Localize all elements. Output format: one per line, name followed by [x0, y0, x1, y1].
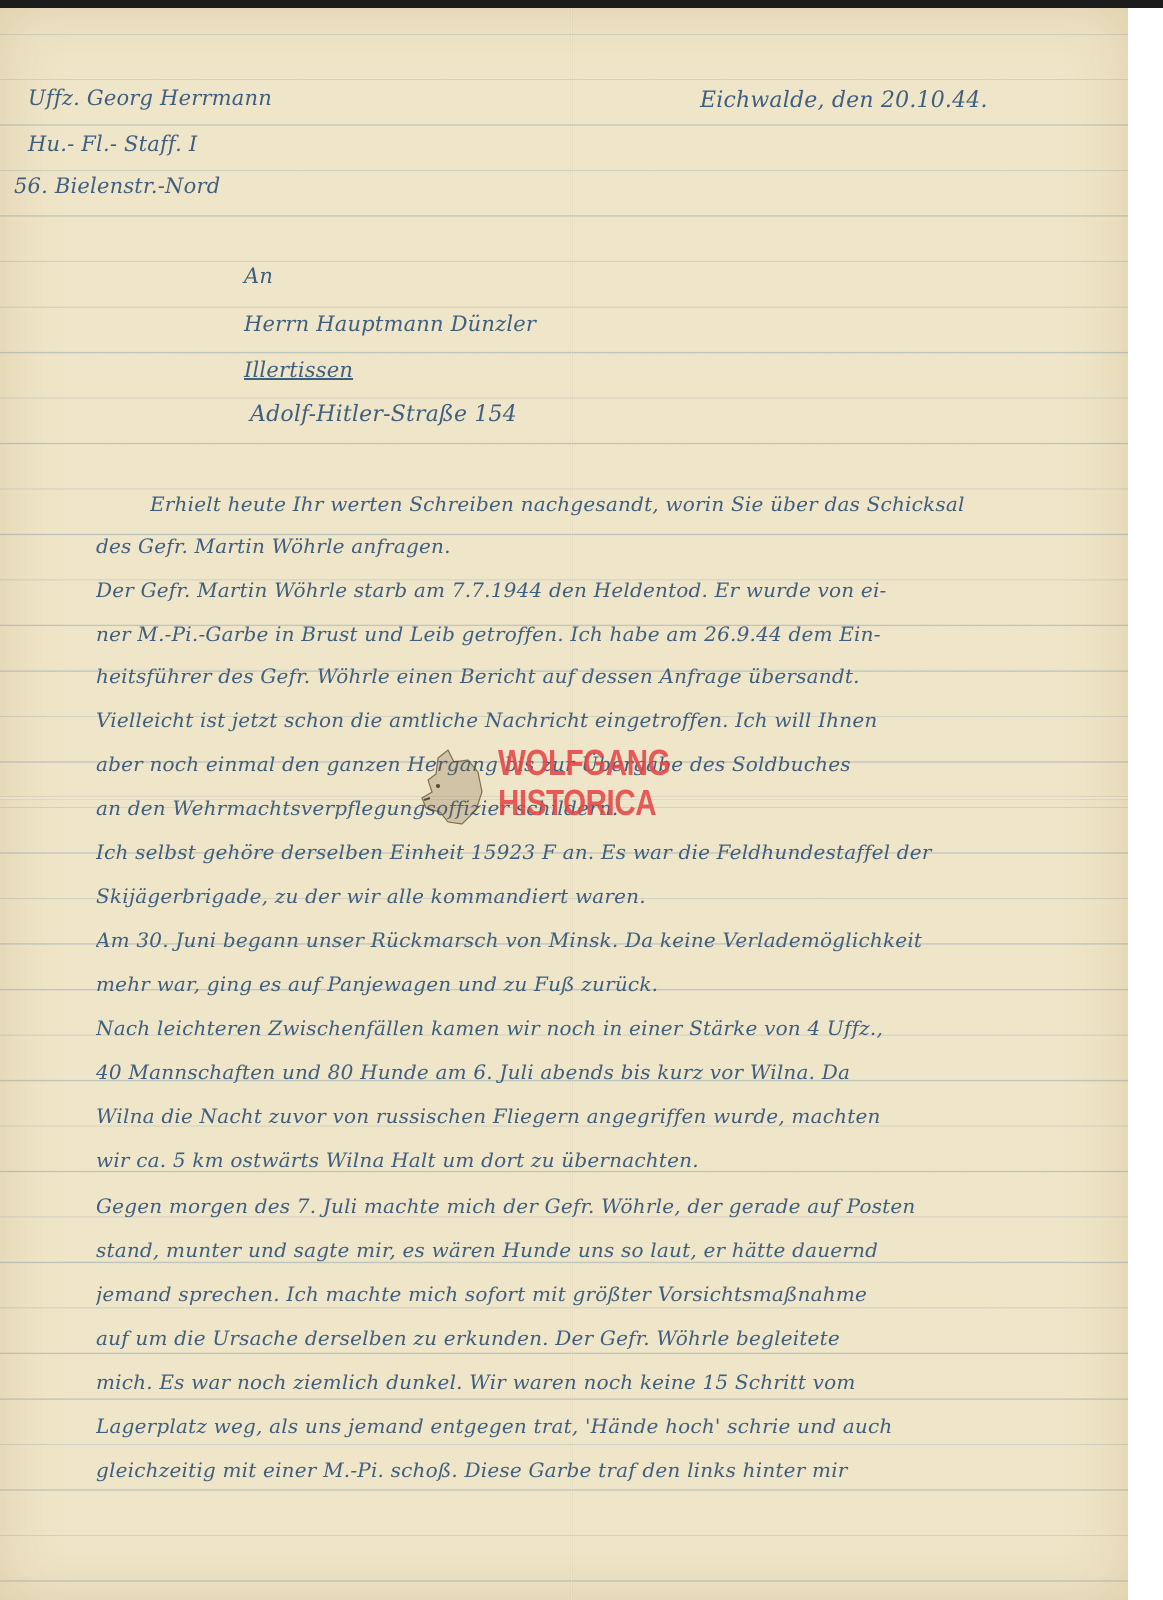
recipient-prefix: An — [244, 264, 273, 288]
sender-unit: Hu.- Fl.- Staff. I — [28, 132, 197, 156]
recipient-street: Adolf-Hitler-Straße 154 — [250, 402, 517, 427]
body-line: Gegen morgen des 7. Juli machte mich der… — [96, 1194, 1086, 1218]
sender-address: 56. Bielenstr.-Nord — [14, 174, 220, 198]
body-line: Erhielt heute Ihr werten Schreiben nachg… — [150, 492, 1090, 516]
body-line: stand, munter und sagte mir, es wären Hu… — [96, 1238, 1086, 1262]
recipient-name: Herrn Hauptmann Dünzler — [244, 312, 536, 336]
scan-top-border — [0, 0, 1163, 8]
body-line: Nach leichteren Zwischenfällen kamen wir… — [96, 1016, 1086, 1040]
recipient-city: Illertissen — [244, 358, 353, 382]
body-line: Der Gefr. Martin Wöhrle starb am 7.7.194… — [96, 578, 1086, 602]
body-line: jemand sprechen. Ich machte mich sofort … — [96, 1282, 1086, 1306]
body-line: gleichzeitig mit einer M.-Pi. schoß. Die… — [96, 1458, 1086, 1482]
wolf-head-icon — [418, 748, 488, 828]
body-line: Am 30. Juni begann unser Rückmarsch von … — [96, 928, 1086, 952]
place-and-date: Eichwalde, den 20.10.44. — [700, 88, 988, 113]
watermark-line-2: HISTORICA — [498, 783, 670, 823]
watermark-line-1: WOLFGANG — [498, 743, 670, 783]
body-line: auf um die Ursache derselben zu erkunden… — [96, 1326, 1086, 1350]
sender-name: Uffz. Georg Herrmann — [28, 86, 272, 110]
body-line: 40 Mannschaften und 80 Hunde am 6. Juli … — [96, 1060, 1086, 1084]
body-line: des Gefr. Martin Wöhrle anfragen. — [96, 534, 1086, 558]
body-line: Ich selbst gehöre derselben Einheit 1592… — [96, 840, 1086, 864]
body-line: Lagerplatz weg, als uns jemand entgegen … — [96, 1414, 1086, 1438]
watermark-text: WOLFGANG HISTORICA — [498, 743, 670, 823]
body-line: heitsführer des Gefr. Wöhrle einen Beric… — [96, 664, 1086, 688]
body-line: ner M.-Pi.-Garbe in Brust und Leib getro… — [96, 622, 1086, 646]
letter-paper: Uffz. Georg Herrmann Hu.- Fl.- Staff. I … — [0, 8, 1128, 1600]
body-line: wir ca. 5 km ostwärts Wilna Halt um dort… — [96, 1148, 1086, 1172]
body-line: Skijägerbrigade, zu der wir alle kommand… — [96, 884, 1086, 908]
body-line: Vielleicht ist jetzt schon die amtliche … — [96, 708, 1086, 732]
watermark: WOLFGANG HISTORICA — [418, 743, 738, 843]
body-line: mich. Es war noch ziemlich dunkel. Wir w… — [96, 1370, 1086, 1394]
body-line: mehr war, ging es auf Panjewagen und zu … — [96, 972, 1086, 996]
body-line: Wilna die Nacht zuvor von russischen Fli… — [96, 1104, 1086, 1128]
